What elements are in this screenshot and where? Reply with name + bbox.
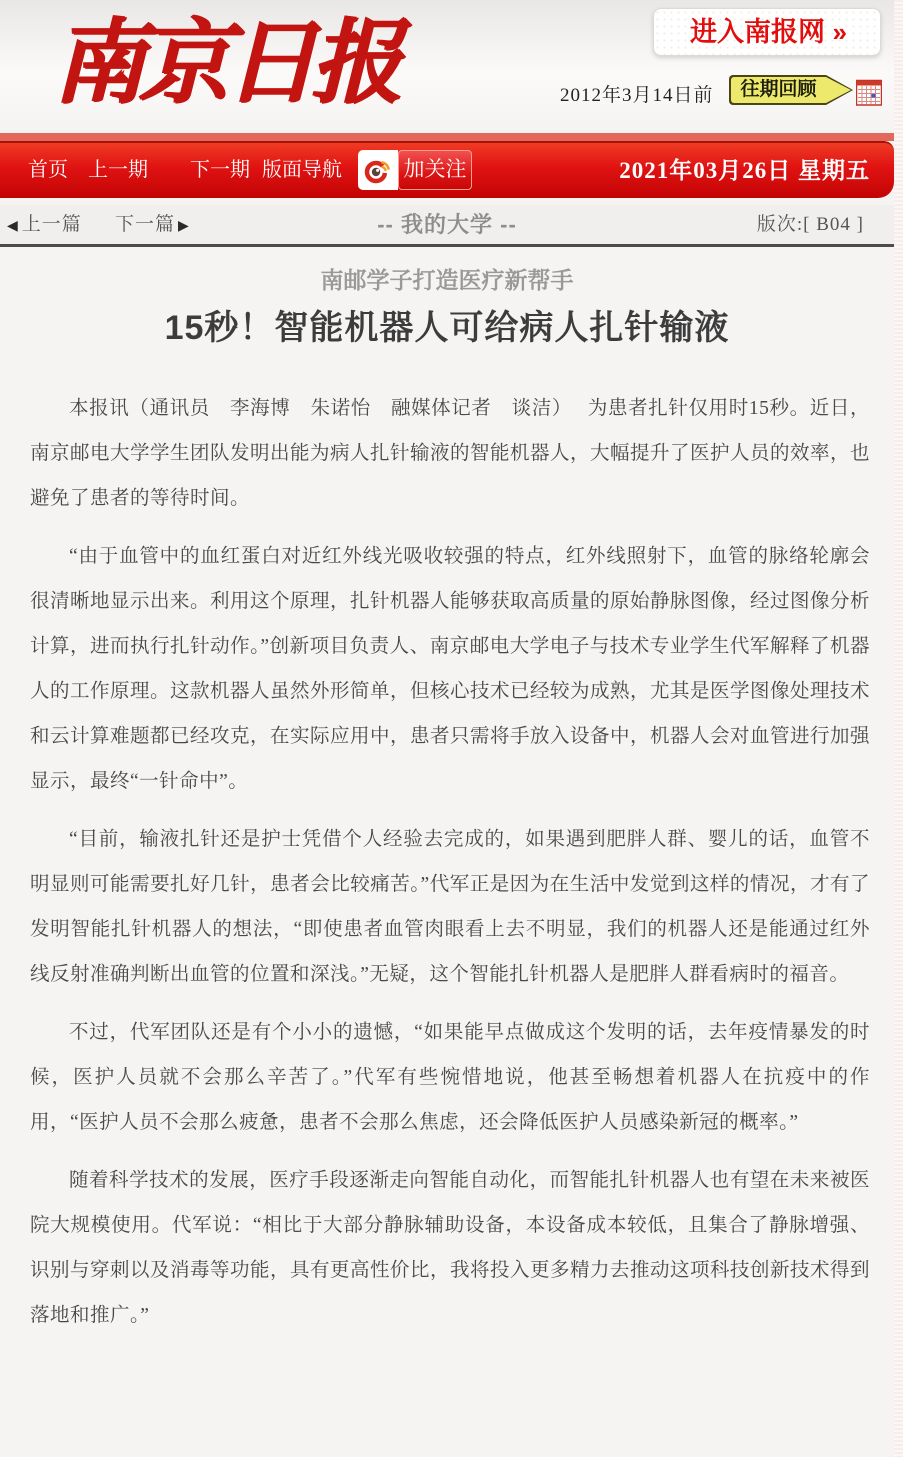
- header-accent-bar: [0, 133, 894, 141]
- article-body: 本报讯（通讯员 李海博 朱诺怡 融媒体记者 谈洁） 为患者扎针仅用时15秒。近日…: [30, 386, 870, 1351]
- page-edge-stripe: [894, 0, 903, 1457]
- archive-date-text: 2012年3月14日前: [560, 80, 714, 107]
- follow-button[interactable]: 加关注: [398, 150, 472, 190]
- calendar-icon[interactable]: [856, 79, 882, 106]
- nav-next-issue[interactable]: 下一期: [190, 143, 250, 198]
- article-paragraph: 本报讯（通讯员 李海博 朱诺怡 融媒体记者 谈洁） 为患者扎针仅用时15秒。近日…: [30, 386, 870, 521]
- article-toolbar: ◀上一篇 下一篇▶ -- 我的大学 -- 版次:[ B04 ]: [0, 205, 894, 247]
- nav-previous-issue[interactable]: 上一期: [88, 143, 148, 198]
- past-issues-button[interactable]: 往期回顾: [729, 75, 853, 105]
- article-paragraph: “目前，输液扎针还是护士凭借个人经验去完成的，如果遇到肥胖人群、婴儿的话，血管不…: [30, 817, 870, 997]
- enter-site-button[interactable]: 进入南报网 »: [653, 8, 881, 56]
- article-paragraph: 随着科学技术的发展，医疗手段逐渐走向智能自动化，而智能扎针机器人也有望在未来被医…: [30, 1158, 870, 1338]
- newspaper-logo[interactable]: 南京日报: [52, 0, 396, 126]
- article-kicker: 南邮学子打造医疗新帮手: [0, 262, 894, 295]
- masthead: 南京日报 进入南报网 » 2012年3月14日前 往期回顾: [0, 0, 894, 133]
- navbar-date: 2021年03月26日 星期五: [619, 143, 870, 198]
- article-paragraph: 不过，代军团队还是有个小小的遗憾，“如果能早点做成这个发明的话，去年疫情暴发的时…: [30, 1010, 870, 1145]
- weibo-icon[interactable]: [358, 150, 398, 190]
- nav-page-navigation[interactable]: 版面导航: [262, 143, 342, 198]
- article-title: 15秒！智能机器人可给病人扎针输液: [0, 300, 894, 349]
- double-chevron-icon: »: [833, 17, 844, 47]
- past-issues-label: 往期回顾: [729, 75, 828, 105]
- page-number-label: 版次:[ B04 ]: [757, 205, 864, 244]
- article-paragraph: “由于血管中的血红蛋白对近红外线光吸收较强的特点，红外线照射下，血管的脉络轮廓会…: [30, 534, 870, 804]
- main-navbar: 首页 上一期 下一期 版面导航 加关注 2021年03月26日 星期五: [0, 141, 894, 198]
- nav-home[interactable]: 首页: [28, 143, 68, 198]
- enter-site-label: 进入南报网: [690, 17, 825, 47]
